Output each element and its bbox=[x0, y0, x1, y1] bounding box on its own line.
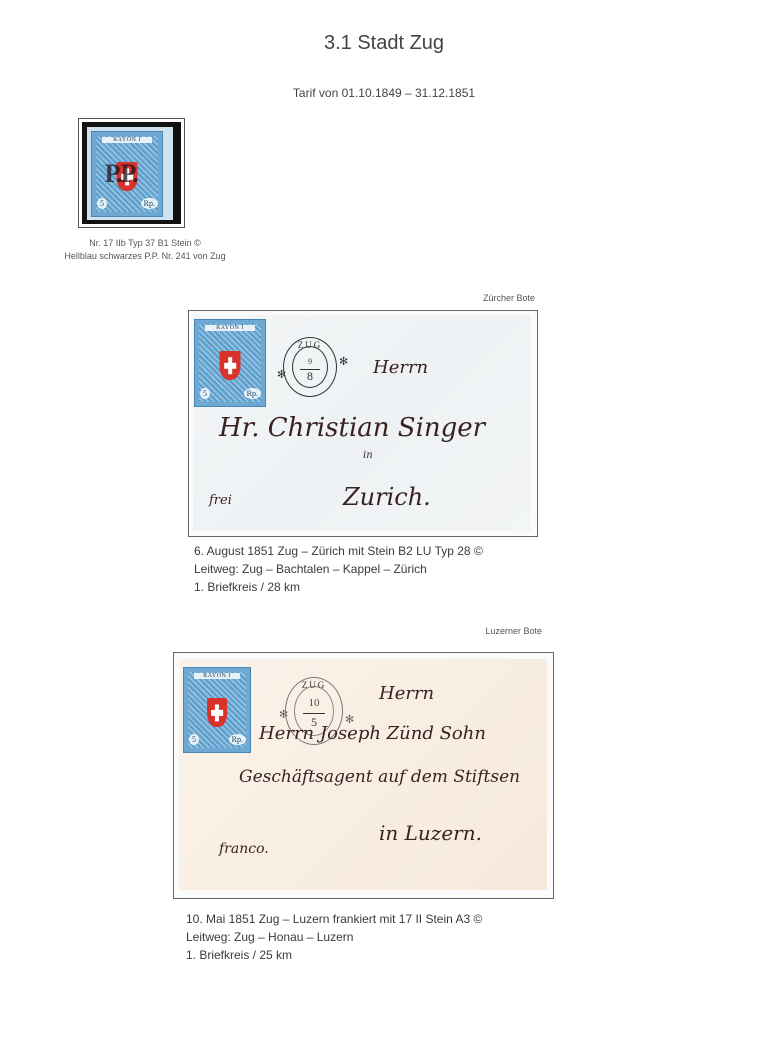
caption-line: 1. Briefkreis / 25 km bbox=[186, 946, 482, 964]
postmark-month: 8 bbox=[284, 369, 336, 384]
rayon-stamp: RAYON I 5 Rp. P.P. bbox=[91, 131, 163, 217]
postmark-day: 10 bbox=[286, 697, 342, 709]
stamp-currency: Rp. bbox=[229, 734, 246, 745]
caption-line: 1. Briefkreis / 28 km bbox=[194, 578, 483, 596]
bote-label: Zürcher Bote bbox=[380, 293, 535, 303]
caption-line: Hellblau schwarzes P.P. Nr. 241 von Zug bbox=[20, 250, 270, 263]
franking-note: frei bbox=[209, 493, 232, 508]
single-stamp-frame: RAYON I 5 Rp. P.P. bbox=[78, 118, 185, 228]
cover-luzerner-bote: RAYON I 5 Rp. ZUG 10 5 ✻ ✻ Herrn Herrn J… bbox=[173, 652, 554, 899]
single-stamp-caption: Nr. 17 IIb Typ 37 B1 Stein © Hellblau sc… bbox=[20, 237, 270, 263]
swiss-shield-icon bbox=[220, 351, 241, 380]
address-line: in bbox=[363, 450, 373, 461]
caption-line: Leitweg: Zug – Bachtalen – Kappel – Züri… bbox=[194, 560, 483, 578]
postmark-town: ZUG bbox=[284, 340, 336, 350]
address-line: in Luzern. bbox=[379, 821, 482, 845]
address-line: Herrn Joseph Zünd Sohn bbox=[259, 723, 486, 744]
caption-line: Leitweg: Zug – Honau – Luzern bbox=[186, 928, 482, 946]
page-title: 3.1 Stadt Zug bbox=[0, 32, 768, 55]
cover-caption: 10. Mai 1851 Zug – Luzern frankiert mit … bbox=[186, 910, 482, 964]
tariff-period: Tarif von 01.10.1849 – 31.12.1851 bbox=[0, 86, 768, 100]
rosette-icon: ✻ bbox=[279, 708, 288, 721]
cover-zuercher-bote: RAYON I 5 Rp. ZUG 9 8 ✻ ✻ Herrn Hr. Chri… bbox=[188, 310, 538, 537]
pp-cancel-mark: P.P. bbox=[105, 159, 137, 189]
envelope: RAYON I 5 Rp. ZUG 9 8 ✻ ✻ Herrn Hr. Chri… bbox=[193, 315, 531, 531]
address-line: Zurich. bbox=[343, 483, 431, 511]
stamp-currency: Rp. bbox=[244, 388, 261, 399]
address-line: Hr. Christian Singer bbox=[219, 413, 485, 443]
address-line: Geschäftsagent auf dem Stiftsen bbox=[239, 767, 520, 787]
rosette-icon: ✻ bbox=[277, 368, 286, 381]
stamp-currency: Rp. bbox=[141, 198, 158, 209]
caption-line: 6. August 1851 Zug – Zürich mit Stein B2… bbox=[194, 542, 483, 560]
rayon-stamp: RAYON I 5 Rp. bbox=[194, 319, 266, 407]
zug-postmark: ZUG 9 8 bbox=[283, 337, 337, 397]
caption-line: 10. Mai 1851 Zug – Luzern frankiert mit … bbox=[186, 910, 482, 928]
caption-line: Nr. 17 IIb Typ 37 B1 Stein © bbox=[20, 237, 270, 250]
stamp-value: 5 bbox=[200, 388, 210, 399]
stamp-rayon-label: RAYON I bbox=[194, 673, 240, 679]
stamp-rayon-label: RAYON I bbox=[205, 325, 255, 331]
address-line: Herrn bbox=[379, 683, 434, 704]
postmark-town: ZUG bbox=[286, 680, 342, 690]
postmark-day: 9 bbox=[284, 357, 336, 366]
envelope: RAYON I 5 Rp. ZUG 10 5 ✻ ✻ Herrn Herrn J… bbox=[179, 659, 547, 890]
cover-caption: 6. August 1851 Zug – Zürich mit Stein B2… bbox=[194, 542, 483, 596]
franking-note: franco. bbox=[219, 841, 269, 857]
address-line: Herrn bbox=[373, 357, 428, 378]
bote-label: Luzerner Bote bbox=[380, 626, 542, 636]
stamp-value: 5 bbox=[189, 734, 199, 745]
stamp-value: 5 bbox=[97, 198, 107, 209]
stamp-piece: RAYON I 5 Rp. P.P. bbox=[87, 127, 173, 220]
rosette-icon: ✻ bbox=[339, 355, 348, 368]
swiss-shield-icon bbox=[207, 698, 227, 727]
rayon-stamp: RAYON I 5 Rp. bbox=[183, 667, 251, 753]
stamp-rayon-label: RAYON I bbox=[102, 137, 152, 143]
